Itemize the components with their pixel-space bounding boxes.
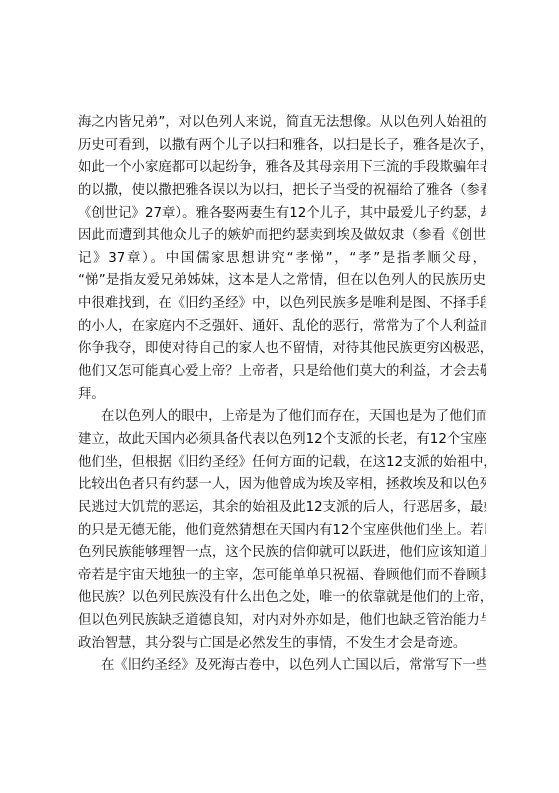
- text-line: 历史可看到，以撒有两个儿子以扫和雅各，以扫是长子，雅各是次子，: [78, 135, 486, 158]
- paragraph-3: 在《旧约圣经》及死海古卷中，以色列人亡国以后，常常写下一些: [78, 655, 486, 678]
- text-line: 建立，故此天国内必须具备代表以色列12个支派的长老，有12个宝座供: [78, 429, 486, 452]
- text-line: 比较出色者只有约瑟一人，因为他曾成为埃及宰相，拯救埃及和以色列: [78, 474, 486, 497]
- text-line: 他们又怎可能真心爱上帝？上帝者，只是给他们莫大的利益，才会去敬: [78, 361, 486, 384]
- document-page: 海之内皆兄弟”，对以色列人来说，简直无法想像。从以色列人始祖的 历史可看到，以撒…: [78, 112, 486, 678]
- text-line: 民逃过大饥荒的恶运，其余的始祖及此12支派的后人，行恶居多，最好: [78, 497, 486, 520]
- text-line: 的只是无德无能，他们竟然猜想在天国内有12个宝座供他们坐上。若以: [78, 520, 486, 543]
- text-line: 的小人，在家庭内不乏强奸、通奸、乱伦的恶行，常常为了个人利益而: [78, 316, 486, 339]
- text-line: 色列民族能够理智一点，这个民族的信仰就可以跃进，他们应该知道上: [78, 542, 486, 565]
- text-line: “悌”是指友爱兄弟姊妹，这本是人之常情，但在以色列人的民族历史: [78, 270, 486, 293]
- text-line: 政治智慧，其分裂与亡国是必然发生的事情，不发生才会是奇迹。: [78, 633, 486, 656]
- paragraph-2: 在以色列人的眼中，上帝是为了他们而存在，天国也是为了他们而 建立，故此天国内必须…: [78, 406, 486, 655]
- text-line: 你争我夺，即使对待自己的家人也不留情，对待其他民族更穷凶极恶，: [78, 338, 486, 361]
- text-line: 他民族？以色列民族没有什么出色之处，唯一的依靠就是他们的上帝，: [78, 587, 486, 610]
- text-line: 他们坐，但根据《旧约圣经》任何方面的记载，在这12支派的始祖中，: [78, 452, 486, 475]
- text-line: 海之内皆兄弟”，对以色列人来说，简直无法想像。从以色列人始祖的: [78, 112, 486, 135]
- text-line: 但以色列民族缺乏道德良知，对内对外亦如是，他们也缺乏管治能力与: [78, 610, 486, 633]
- text-line: 在《旧约圣经》及死海古卷中，以色列人亡国以后，常常写下一些: [78, 655, 486, 678]
- text-line: 的以撒，使以撒把雅各误以为以扫，把长子当受的祝福给了雅各（参看: [78, 180, 486, 203]
- text-line: 如此一个小家庭都可以起纷争，雅各及其母亲用下三流的手段欺骗年老: [78, 157, 486, 180]
- paragraph-1: 海之内皆兄弟”，对以色列人来说，简直无法想像。从以色列人始祖的 历史可看到，以撒…: [78, 112, 486, 406]
- text-line: 因此而遭到其他众儿子的嫉妒而把约瑟卖到埃及做奴隶（参看《创世: [78, 225, 486, 248]
- text-line: 帝若是宇宙天地独一的主宰，怎可能单单只祝福、眷顾他们而不眷顾其: [78, 565, 486, 588]
- text-line: 记》37章）。中国儒家思想讲究“孝悌”，“孝”是指孝顺父母，: [78, 248, 486, 271]
- text-line: 《创世记》27章）。雅各娶两妻生有12个儿子，其中最爱儿子约瑟，却: [78, 203, 486, 226]
- text-line: 拜。: [78, 384, 486, 407]
- text-line: 中很难找到，在《旧约圣经》中，以色列民族多是唯利是图、不择手段: [78, 293, 486, 316]
- text-line: 在以色列人的眼中，上帝是为了他们而存在，天国也是为了他们而: [78, 406, 486, 429]
